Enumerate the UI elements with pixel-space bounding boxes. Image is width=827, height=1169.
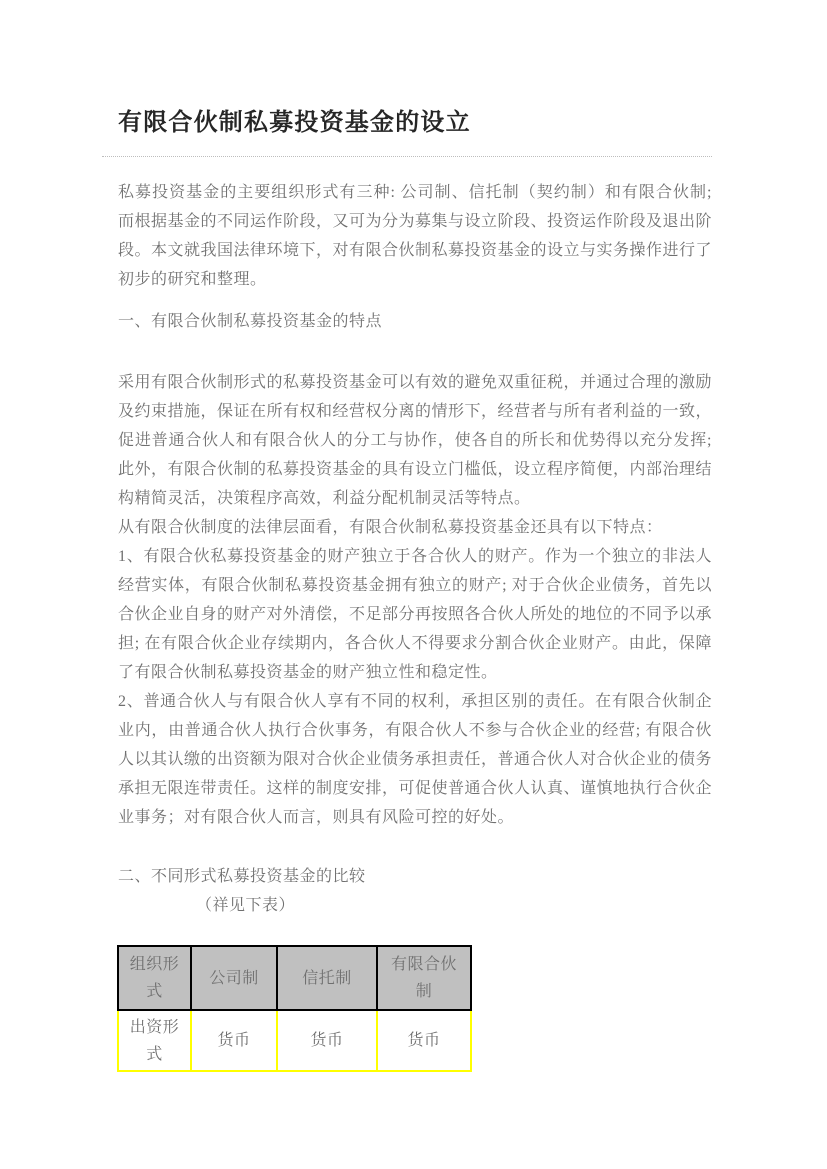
section-1-paragraph-1: 采用有限合伙制形式的私募投资基金可以有效的避免双重征税，并通过合理的激励及约束措…: [118, 368, 712, 513]
page-title: 有限合伙制私募投资基金的设立: [118, 106, 712, 140]
table-cell-contribution-form: 出资形式: [118, 1010, 191, 1071]
section-1-body: 采用有限合伙制形式的私募投资基金可以有效的避免双重征税，并通过合理的激励及约束措…: [118, 368, 712, 832]
table-cell-currency-2: 货币: [277, 1010, 377, 1071]
section-1-item-2: 2、普通合伙人与有限合伙人享有不同的权利，承担区别的责任。在有限合伙制企业内，由…: [118, 687, 712, 832]
table-row: 出资形式 货币 货币 货币: [118, 1010, 471, 1071]
section-1-item-1: 1、有限合伙私募投资基金的财产独立于各合伙人的财产。作为一个独立的非法人经营实体…: [118, 542, 712, 687]
table-header-row: 组织形式 公司制 信托制 有限合伙制: [118, 946, 471, 1010]
section-1-paragraph-2: 从有限合伙制度的法律层面看，有限合伙制私募投资基金还具有以下特点：: [118, 513, 712, 542]
table-header-cell-org-form: 组织形式: [118, 946, 191, 1010]
table-header-cell-corporate: 公司制: [191, 946, 277, 1010]
table-header-cell-trust: 信托制: [277, 946, 377, 1010]
table-header-cell-limited-partnership: 有限合伙制: [377, 946, 471, 1010]
section-2-heading: 二、不同形式私募投资基金的比较: [118, 862, 712, 891]
table-cell-currency-1: 货币: [191, 1010, 277, 1071]
title-divider: [102, 156, 712, 157]
table-cell-currency-3: 货币: [377, 1010, 471, 1071]
document-page: 有限合伙制私募投资基金的设立 私募投资基金的主要组织形式有三种: 公司制、信托制…: [0, 0, 827, 1169]
intro-paragraph: 私募投资基金的主要组织形式有三种: 公司制、信托制（契约制）和有限合伙制; 而根…: [118, 178, 712, 294]
section-1-heading: 一、有限合伙制私募投资基金的特点: [118, 307, 712, 336]
comparison-table: 组织形式 公司制 信托制 有限合伙制 出资形式 货币 货币 货币: [117, 945, 472, 1072]
table-note: （祥见下表）: [118, 891, 712, 920]
